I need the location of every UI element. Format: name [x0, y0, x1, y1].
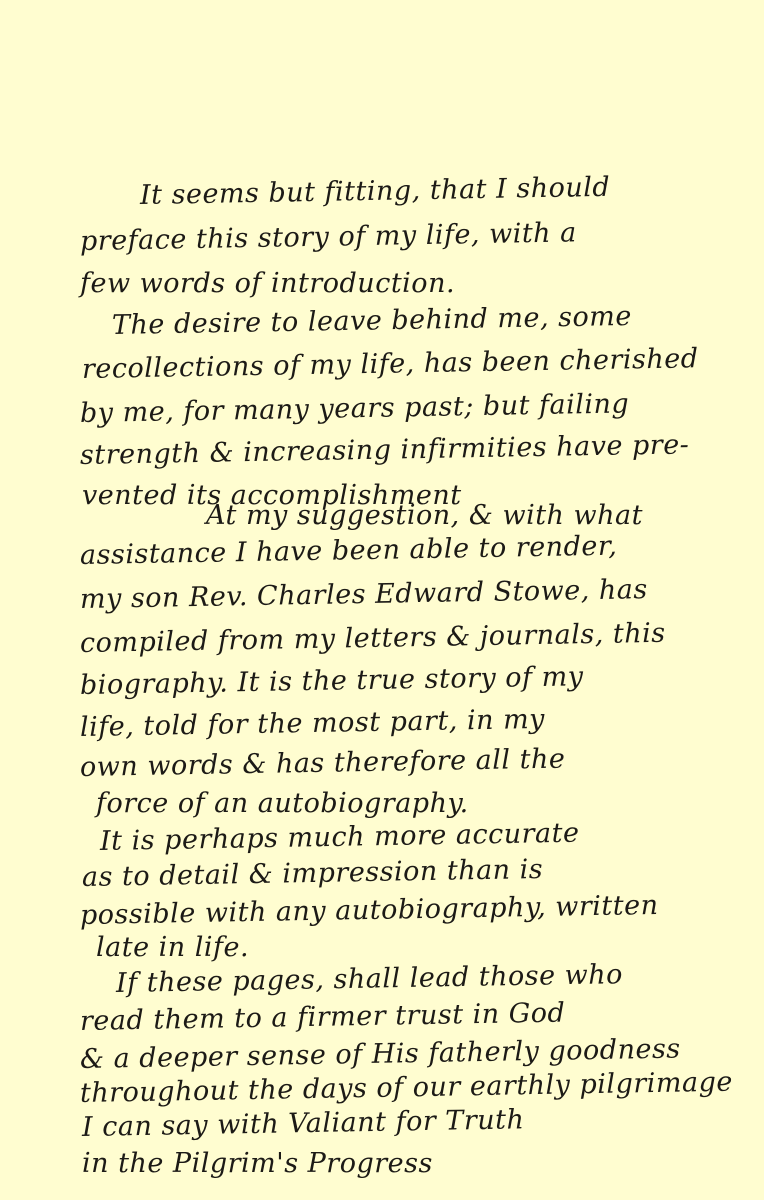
manuscript-line: assistance I have been able to render, — [80, 531, 618, 571]
manuscript-line: The desire to leave behind me, some — [112, 301, 632, 341]
manuscript-line: as to detail & impression than is — [82, 854, 544, 893]
manuscript-line: compiled from my letters & journals, thi… — [80, 618, 666, 659]
manuscript-line: If these pages, shall lead those who — [116, 959, 623, 999]
handwritten-preface: It seems but fitting, that I should pref… — [0, 0, 764, 1200]
manuscript-line: It seems but fitting, that I should — [140, 172, 611, 211]
manuscript-line: force of an autobiography. — [96, 788, 469, 819]
manuscript-line: read them to a firmer trust in God — [80, 998, 566, 1037]
manuscript-line: life, told for the most part, in my — [80, 704, 545, 743]
manuscript-line: strength & increasing infirmities have p… — [80, 429, 690, 471]
manuscript-line: At my suggestion, & with what — [206, 500, 643, 531]
manuscript-line: own words & has therefore all the — [80, 744, 566, 783]
manuscript-line: possible with any autobiography, written — [80, 890, 659, 931]
manuscript-line: late in life. — [96, 932, 249, 963]
manuscript-line: biography. It is the true story of my — [80, 661, 584, 701]
manuscript-line: It is perhaps much more accurate — [100, 818, 580, 857]
manuscript-page: It seems but fitting, that I should pref… — [0, 0, 764, 1200]
manuscript-line: I can say with Valiant for Truth — [82, 1104, 525, 1143]
manuscript-line: preface this story of my life, with a — [80, 217, 577, 257]
manuscript-line: few words of introduction. — [80, 268, 455, 299]
manuscript-line: in the Pilgrim's Progress — [82, 1148, 433, 1179]
manuscript-line: my son Rev. Charles Edward Stowe, has — [80, 574, 648, 615]
manuscript-line: by me, for many years past; but failing — [80, 388, 630, 429]
manuscript-line: recollections of my life, has been cheri… — [82, 343, 699, 385]
